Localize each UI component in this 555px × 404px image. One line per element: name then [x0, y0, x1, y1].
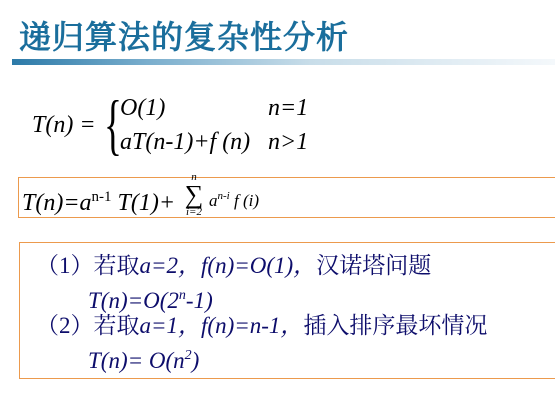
case-2-condition: （2）若取a=1，f(n)=n-1，插入排序最坏情况	[36, 312, 487, 340]
recurrence-lhs: T(n) =	[32, 110, 96, 140]
formula-exponent: n-1	[92, 189, 112, 205]
sigma-icon: ∑	[182, 183, 206, 207]
case-math: a=2，f(n)=O(1)，	[140, 253, 317, 278]
case-1-result: T(n)=O(2n-1)	[88, 282, 213, 315]
recurrence-case-recursive: aT(n-1)+f (n) n>1	[120, 127, 250, 157]
case-prefix: 若取	[94, 313, 140, 338]
case-condition: n=1	[268, 93, 308, 123]
summation: n ∑ i=2	[182, 172, 206, 218]
slide-title: 递归算法的复杂性分析	[19, 15, 349, 59]
case-description: 插入排序最坏情况	[303, 313, 487, 338]
result-sup: n	[179, 288, 186, 303]
result-sup: 2	[185, 348, 192, 363]
case-expression: O(1)	[120, 95, 165, 121]
result-prefix: T(n)= O(n	[88, 348, 185, 373]
case-1-condition: （1）若取a=2，f(n)=O(1)，汉诺塔问题	[36, 252, 431, 280]
cases-box: （1）若取a=2，f(n)=O(1)，汉诺塔问题 T(n)=O(2n-1) （2…	[19, 242, 555, 379]
case-math: a=1，f(n)=n-1，	[140, 313, 304, 338]
closed-form-box: T(n)=an-1 T(1)+ n ∑ i=2 an-i f (i)	[18, 177, 555, 218]
formula-lhs: T(n)=a	[22, 190, 92, 216]
case-2-result: T(n)= O(n2)	[88, 342, 199, 375]
case-condition: n>1	[268, 127, 308, 157]
case-label: （1）	[36, 253, 94, 278]
recurrence-case-base: O(1) n=1	[120, 93, 165, 123]
result-prefix: T(n)=O(2	[88, 288, 179, 313]
sum-term: an-i f (i)	[209, 182, 259, 215]
case-label: （2）	[36, 313, 94, 338]
result-suffix: )	[192, 348, 200, 373]
formula-mid: T(1)+	[112, 190, 176, 216]
recurrence-definition: T(n) = { O(1) n=1 aT(n-1)+f (n) n>1	[32, 93, 332, 159]
case-prefix: 若取	[94, 253, 140, 278]
result-suffix: -1)	[186, 288, 213, 313]
case-expression: aT(n-1)+f (n)	[120, 129, 250, 155]
title-underline	[12, 59, 555, 65]
term-base: a	[209, 191, 218, 210]
term-tail: f (i)	[230, 191, 259, 210]
case-description: 汉诺塔问题	[316, 253, 431, 278]
closed-form-formula: T(n)=an-1 T(1)+	[22, 182, 175, 218]
term-exponent: n-i	[218, 190, 230, 202]
